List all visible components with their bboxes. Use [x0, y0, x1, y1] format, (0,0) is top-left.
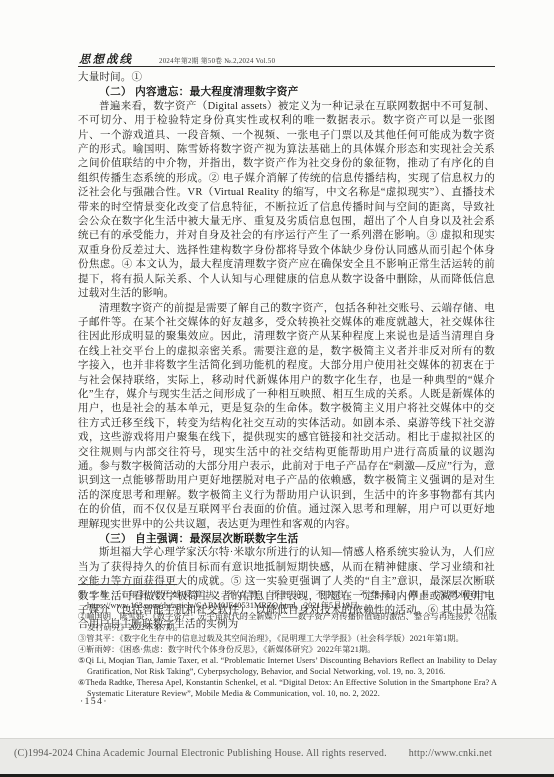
- footer-text: (C)1994-2024 China Academic Journal Elec…: [14, 748, 544, 759]
- footnote-5: ⑤Qi Li, Moqian Tian, Jamie Taxer, et al.…: [78, 656, 497, 677]
- footnote-1: ①王敏：《年轻人开始反算法：不点赞、不评论、不关注、不登录》，网易“深燃原创”，…: [78, 590, 497, 611]
- copyright-notice: (C)1994-2024 China Academic Journal Elec…: [14, 748, 387, 759]
- cnki-footer: (C)1994-2024 China Academic Journal Elec…: [0, 738, 554, 777]
- footnote-3: ③管其平：《数字化生存中的信息过载及其空间治理》，《昆明理工大学学报》（社会科学…: [78, 634, 497, 645]
- footnotes: ①王敏：《年轻人开始反算法：不点赞、不评论、不关注、不登录》，网易“深燃原创”，…: [78, 590, 497, 700]
- journal-page: 思想战线 2024年第2期 第50卷 №.2,2024 Vol.50 大量时间。…: [0, 0, 554, 777]
- footnote-6: ⑥Theda Radtke, Theresa Apel, Konstantin …: [78, 678, 497, 699]
- paragraph-2: 清理数字资产的前提是需要了解自己的数字资产，包括各种社交账号、云端存储、电子邮件…: [78, 302, 495, 533]
- running-head: 思想战线 2024年第2期 第50卷 №.2,2024 Vol.50: [79, 51, 495, 67]
- cnki-url: http://www.cnki.net: [409, 748, 492, 759]
- footnote-2: ②喻国明，陈雪娇：《数字资产：元宇宙时代的全新媒介——数字资产对传播价值链的激活…: [78, 612, 497, 633]
- issue-info: 2024年第2期 第50卷 №.2,2024 Vol.50: [159, 55, 275, 65]
- page-number: ·154·: [80, 697, 108, 707]
- paragraph-1: 普遍来看，数字资产（Digital assets）被定义为一种记录在互联网数据中…: [78, 100, 495, 302]
- footnote-4: ④靳雨婷：《困惑·焦虑：数字时代个体身份反思》，《新媒体研究》2022年第21期…: [78, 645, 497, 656]
- footnote-separator: [78, 584, 177, 585]
- section-heading-2: （二） 内容遗忘：最大程度清理数字资产: [78, 85, 495, 99]
- article-body: 大量时间。① （二） 内容遗忘：最大程度清理数字资产 普遍来看，数字资产（Dig…: [78, 71, 495, 633]
- header-rule: [78, 66, 495, 67]
- carryover-line: 大量时间。①: [78, 71, 495, 85]
- journal-title: 思想战线: [79, 51, 133, 67]
- section-heading-3: （三） 自主强调：最深层次断联数字生活: [78, 532, 495, 546]
